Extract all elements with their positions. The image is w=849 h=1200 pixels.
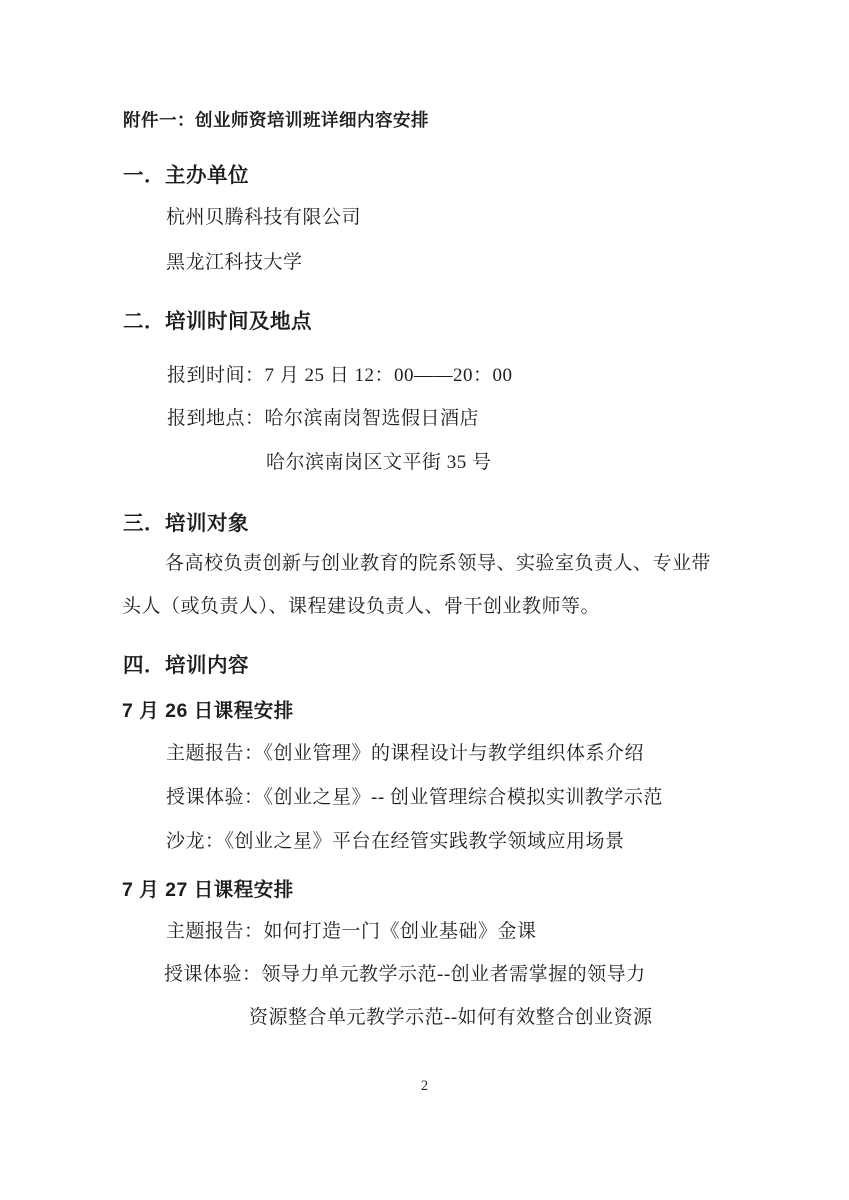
section-3-heading: 三．培训对象: [123, 512, 249, 537]
document-page: 附件一：创业师资培训班详细内容安排 一．主办单位 杭州贝腾科技有限公司 黑龙江科…: [0, 0, 849, 1200]
day-1-keynote: 主题报告：《创业管理》的课程设计与教学组织体系介绍: [166, 743, 644, 766]
day-1-schedule-heading: 7 月 26 日课程安排: [122, 700, 294, 723]
page-number: 2: [0, 1078, 849, 1095]
audience-text-line-1: 各高校负责创新与创业教育的院系领导、实验室负责人、专业带: [165, 553, 711, 576]
section-1-heading: 一．主办单位: [123, 164, 249, 189]
day-2-teaching-experience: 授课体验：领导力单元教学示范--创业者需掌握的领导力: [164, 964, 646, 987]
day-1-teaching-experience: 授课体验：《创业之星》-- 创业管理综合模拟实训教学示范: [166, 787, 663, 810]
registration-address: 哈尔滨南岗区文平街 35 号: [266, 452, 492, 475]
day-1-salon: 沙龙：《创业之星》平台在经管实践教学领域应用场景: [166, 831, 625, 854]
audience-text-line-2: 头人（或负责人）、课程建设负责人、骨干创业教师等。: [122, 596, 600, 619]
registration-place: 报到地点：哈尔滨南岗智选假日酒店: [167, 408, 479, 431]
organizer-company: 杭州贝腾科技有限公司: [166, 207, 361, 230]
day-2-teaching-experience-cont: 资源整合单元教学示范--如何有效整合创业资源: [249, 1007, 653, 1030]
section-4-heading: 四．培训内容: [123, 654, 249, 679]
section-2-heading: 二．培训时间及地点: [123, 310, 312, 335]
day-2-schedule-heading: 7 月 27 日课程安排: [122, 879, 294, 902]
organizer-university: 黑龙江科技大学: [166, 252, 303, 275]
day-2-keynote: 主题报告：如何打造一门《创业基础》金课: [166, 921, 537, 944]
attachment-title: 附件一：创业师资培训班详细内容安排: [123, 110, 429, 131]
registration-time: 报到时间：7 月 25 日 12：00——20：00: [167, 365, 513, 388]
